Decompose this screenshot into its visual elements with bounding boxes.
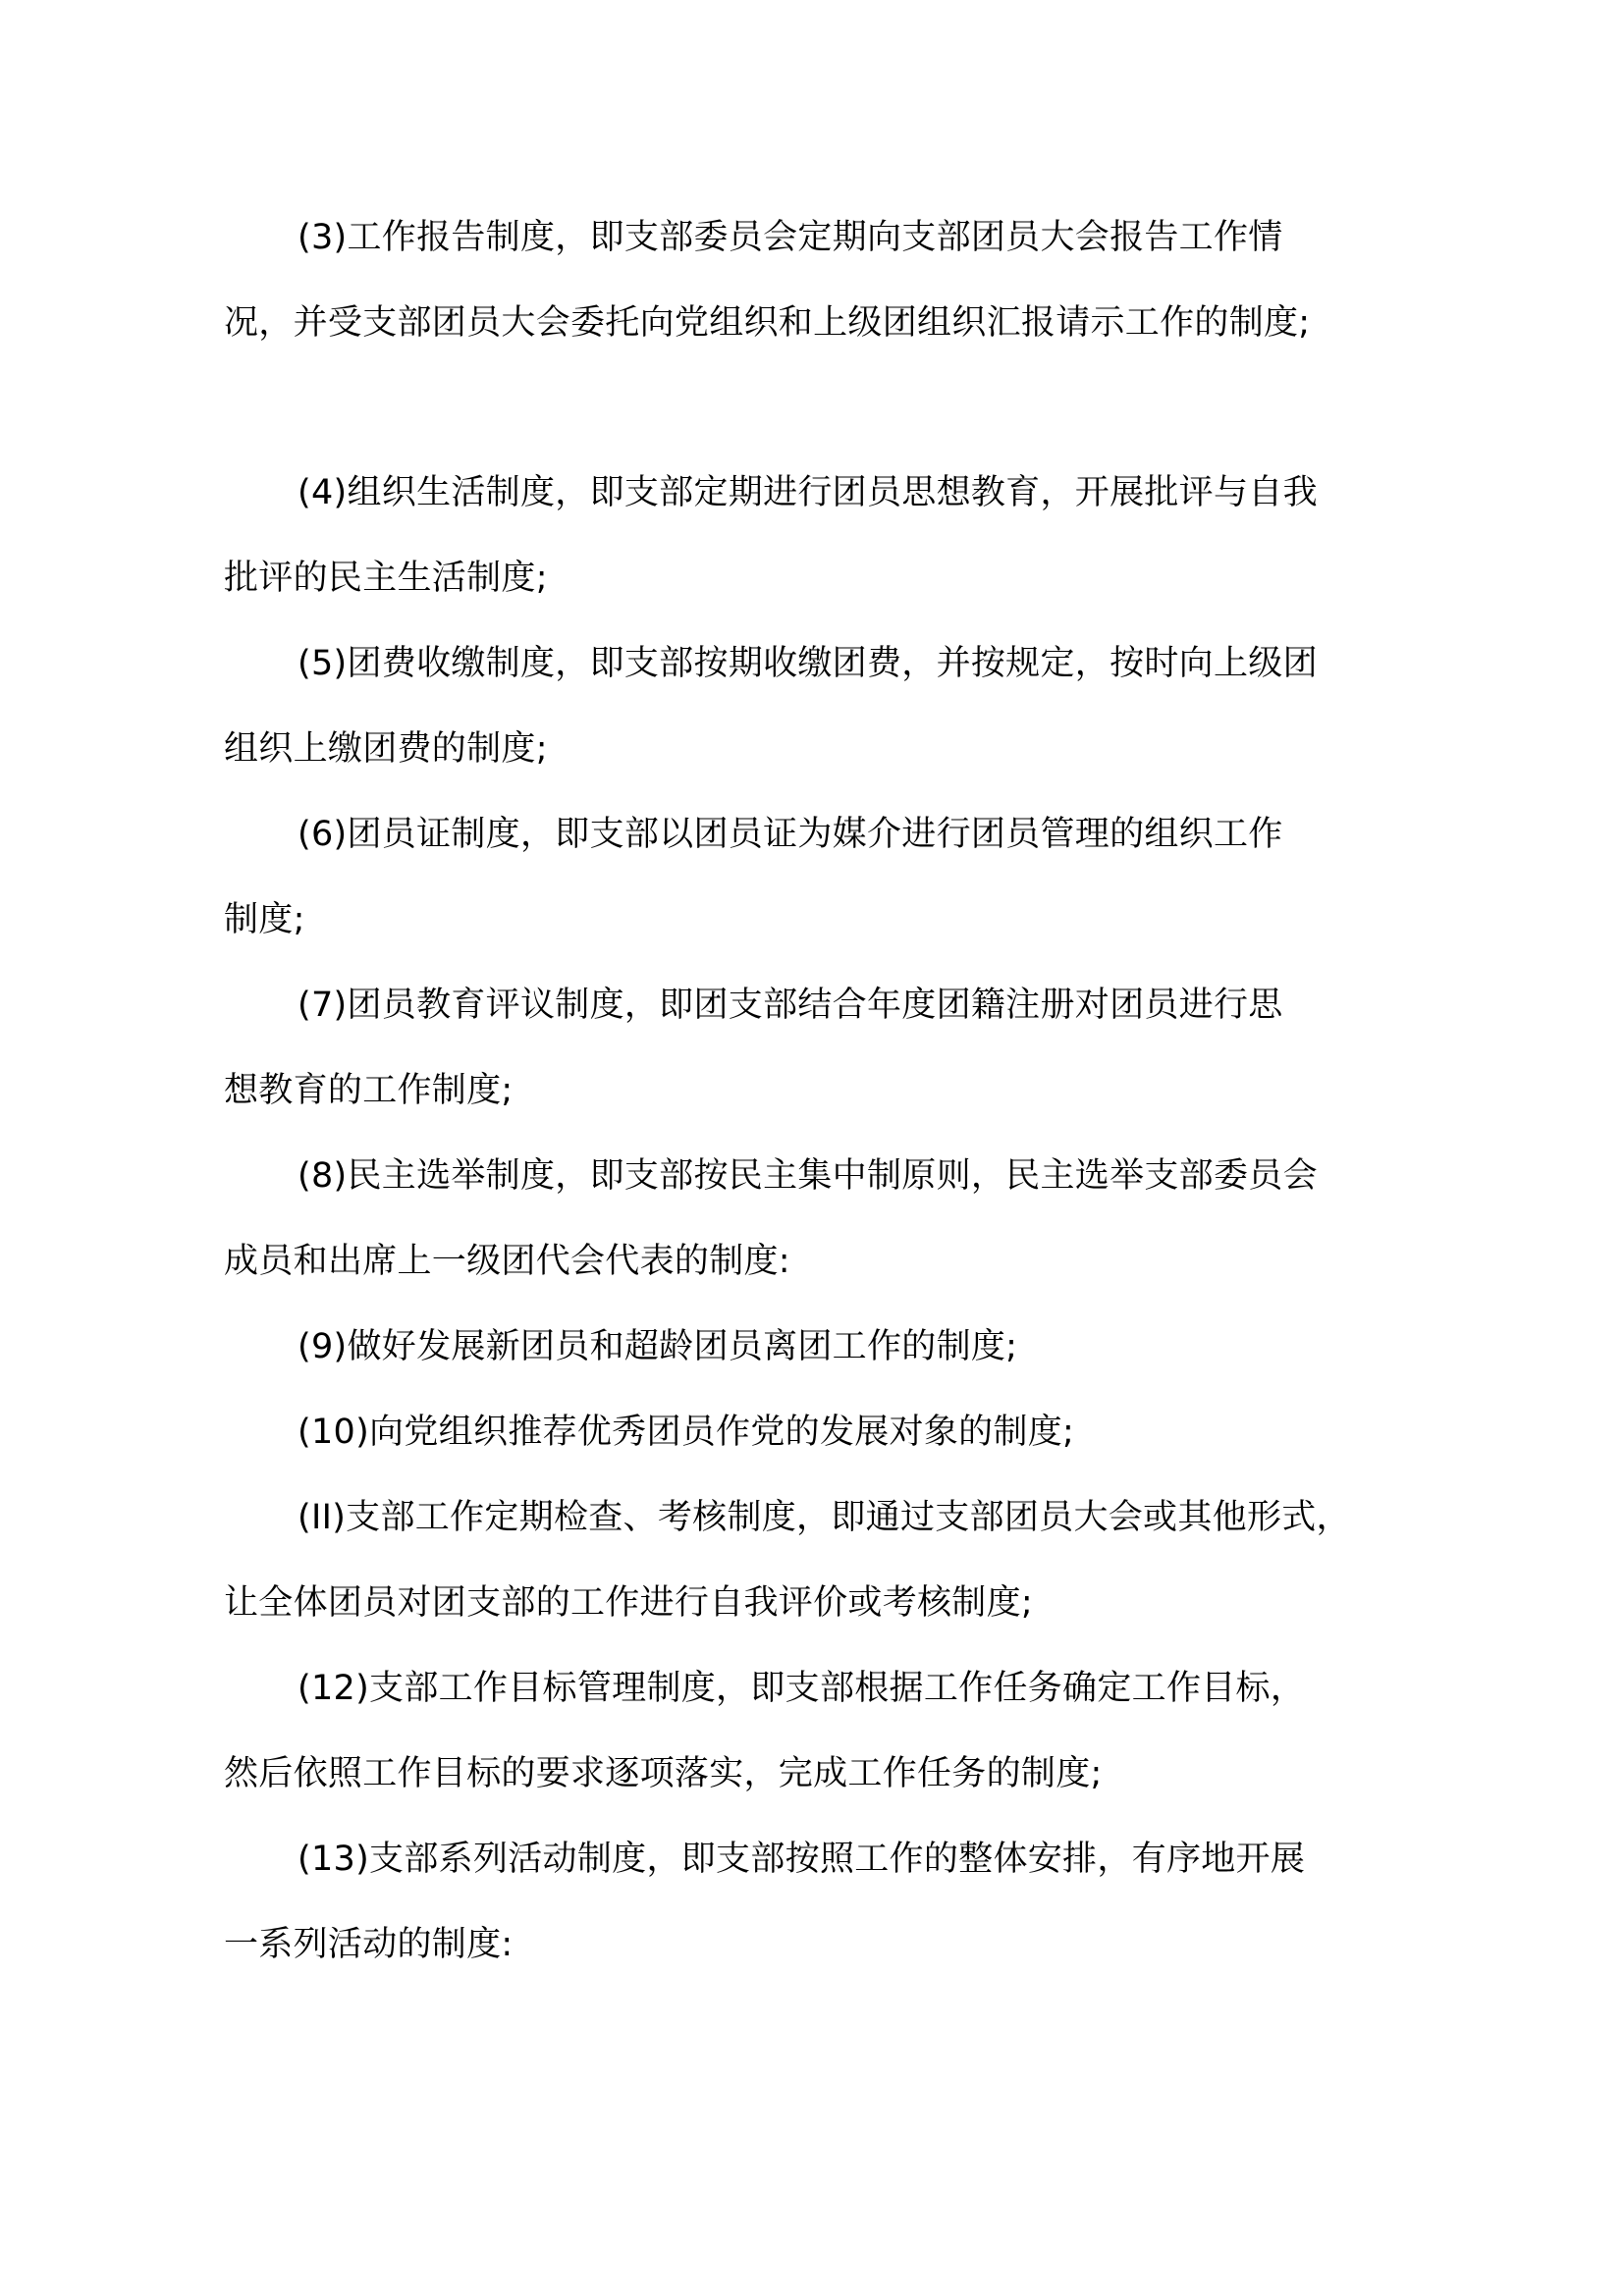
paragraph-9-line-1: (9)做好发展新团员和超龄团员离团工作的制度;	[298, 1325, 1017, 1368]
paragraph-3-line-1: (3)工作报告制度，即支部委员会定期向支部团员大会报告工作情	[298, 216, 1283, 259]
paragraph-8-line-1: (8)民主选举制度，即支部按民主集中制原则，民主选举支部委员会	[298, 1154, 1318, 1198]
paragraph-4-line-2: 批评的民主生活制度;	[224, 557, 548, 600]
paragraph-12-line-1: (12)支部工作目标管理制度，即支部根据工作任务确定工作目标，	[298, 1667, 1305, 1710]
paragraph-5-line-2: 组织上缴团费的制度;	[224, 727, 548, 771]
document-page: (3)工作报告制度，即支部委员会定期向支部团员大会报告工作情 况，并受支部团员大…	[0, 0, 1624, 2296]
paragraph-7-line-2: 想教育的工作制度;	[224, 1069, 514, 1112]
paragraph-11-line-1: (II)支部工作定期检查、考核制度，即通过支部团员大会或其他形式，	[298, 1496, 1351, 1539]
paragraph-4-line-1: (4)组织生活制度，即支部定期进行团员思想教育，开展批评与自我	[298, 471, 1318, 514]
paragraph-13-line-2: 一系列活动的制度:	[224, 1923, 514, 1966]
paragraph-6-line-2: 制度;	[224, 898, 305, 941]
paragraph-8-line-2: 成员和出席上一级团代会代表的制度:	[224, 1240, 790, 1283]
paragraph-12-line-2: 然后依照工作目标的要求逐项落实，完成工作任务的制度;	[224, 1752, 1103, 1795]
paragraph-6-line-1: (6)团员证制度，即支部以团员证为媒介进行团员管理的组织工作	[298, 813, 1283, 856]
paragraph-3-line-2: 况，并受支部团员大会委托向党组织和上级团组织汇报请示工作的制度;	[224, 301, 1310, 345]
paragraph-10-line-1: (10)向党组织推荐优秀团员作党的发展对象的制度;	[298, 1411, 1074, 1454]
paragraph-11-line-2: 让全体团员对团支部的工作进行自我评价或考核制度;	[224, 1581, 1033, 1625]
paragraph-5-line-1: (5)团费收缴制度，即支部按期收缴团费，并按规定，按时向上级团	[298, 642, 1318, 685]
paragraph-7-line-1: (7)团员教育评议制度，即团支部结合年度团籍注册对团员进行思	[298, 984, 1283, 1027]
paragraph-13-line-1: (13)支部系列活动制度，即支部按照工作的整体安排，有序地开展	[298, 1838, 1305, 1881]
